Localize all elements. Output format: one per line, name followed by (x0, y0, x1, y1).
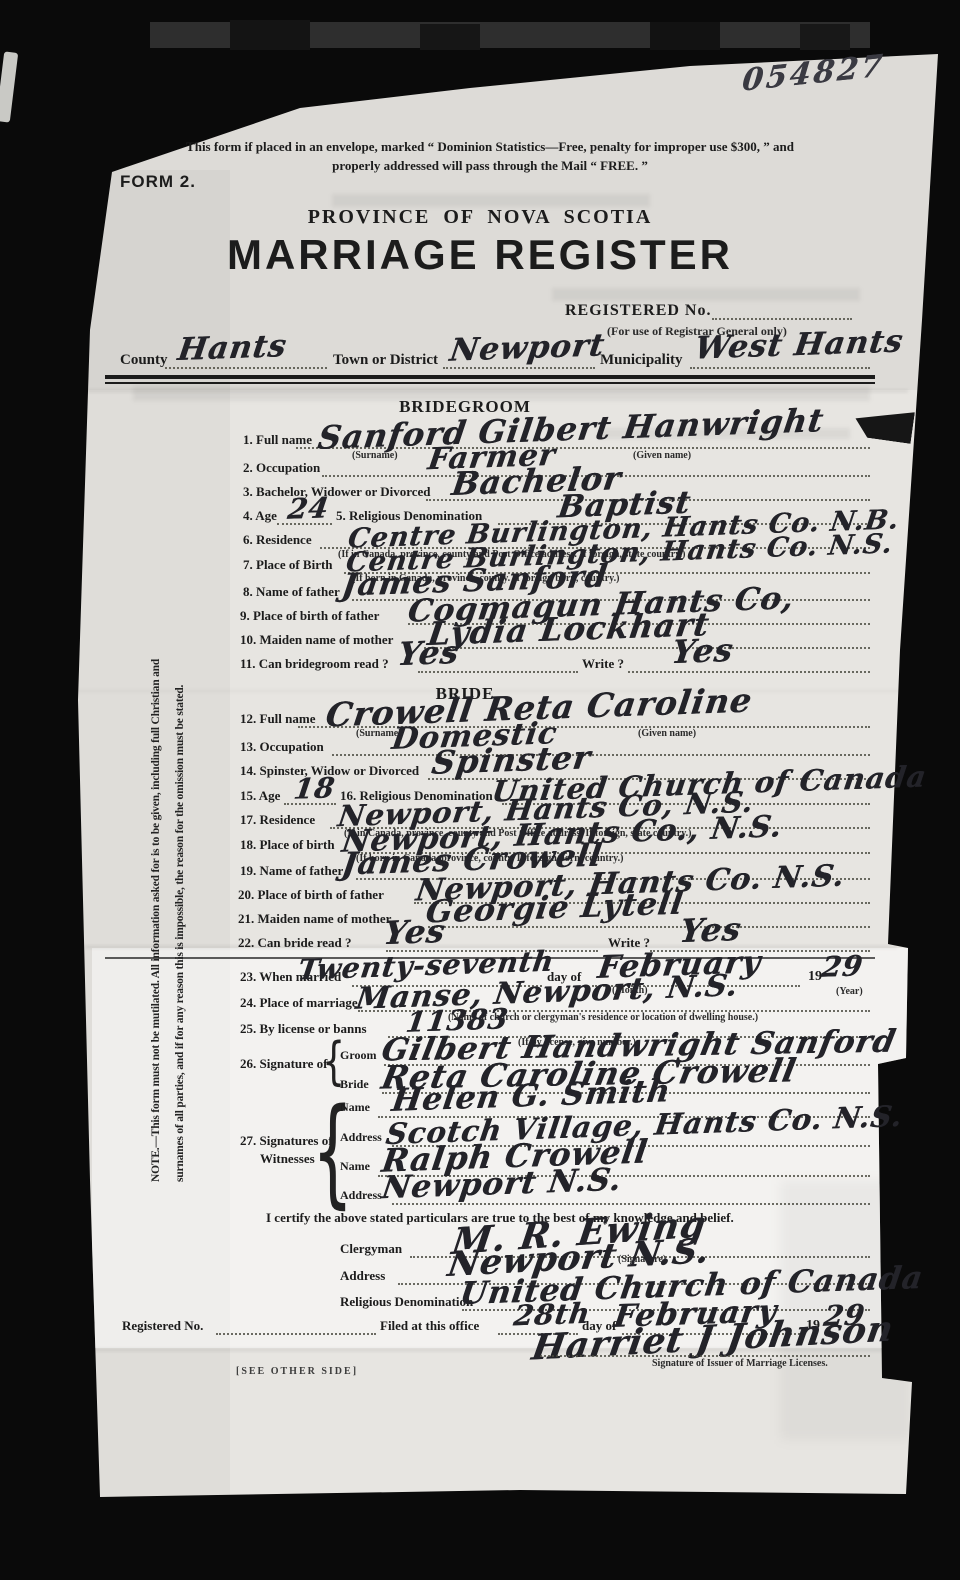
bg-status-label: 3. Bachelor, Widower or Divorced (243, 484, 431, 500)
br-age-label: 15. Age (240, 788, 280, 804)
bg-occupation-label: 2. Occupation (243, 460, 320, 476)
witnesses-label-2: Witnesses (260, 1151, 315, 1167)
registered-no-label: REGISTERED No. (565, 302, 711, 320)
cert-religion-label: Religious Denomination (340, 1294, 473, 1310)
bg-read-label: 11. Can bridegroom read ? (240, 656, 389, 672)
town-label: Town or District (333, 352, 438, 369)
br-read-label: 22. Can bride read ? (238, 935, 352, 951)
bg-given-hint: (Given name) (633, 450, 691, 461)
signature-of-label: 26. Signature of (240, 1056, 328, 1072)
cert-registered-no-label: Registered No. (122, 1318, 203, 1334)
municipality-value: West Hants (693, 323, 906, 366)
br-father-birthplace-label: 20. Place of birth of father (238, 887, 384, 903)
dotted-line (165, 367, 327, 369)
br-mother-value: Georgie Lytell (424, 885, 686, 930)
dotted-line (443, 367, 595, 369)
side-note-line1: NOTE.—This form must not be mutilated. A… (150, 659, 162, 1182)
pen-mark (853, 404, 915, 444)
witness2-name-label: Name (340, 1159, 370, 1174)
br-father-label: 19. Name of father (240, 863, 343, 879)
bg-age-label: 4. Age (243, 508, 277, 524)
when-married-year: 29 (820, 949, 866, 984)
scan-number: 054827 (741, 48, 887, 99)
br-mother-label: 21. Maiden name of mother (238, 911, 391, 927)
see-other-side: [SEE OTHER SIDE] (236, 1366, 358, 1377)
mail-notice-line1: This form if placed in an envelope, mark… (140, 139, 840, 155)
double-rule-bottom (105, 382, 875, 384)
dotted-line (712, 318, 852, 320)
form-number-label: FORM 2. (120, 172, 196, 192)
clergyman-address-label: Address (340, 1268, 385, 1284)
clergyman-label: Clergyman (340, 1241, 402, 1257)
filed-label: Filed at this office (380, 1318, 479, 1334)
witness2-address-value: Newport N.S. (380, 1162, 625, 1207)
bg-write-value: Yes (669, 631, 736, 671)
dotted-line (216, 1333, 376, 1335)
place-of-marriage-label: 24. Place of marriage (240, 995, 358, 1011)
bg-mother-label: 10. Maiden name of mother (240, 632, 393, 648)
scanned-marriage-register: 054827 This form if placed in an envelop… (0, 0, 960, 1580)
witness2-address-label: Address (340, 1188, 382, 1203)
bg-write-label: Write ? (582, 656, 624, 672)
br-birthplace-label: 18. Place of birth (240, 837, 335, 853)
dotted-line (690, 367, 870, 369)
bg-father-label: 8. Name of father (243, 584, 340, 600)
br-occupation-label: 13. Occupation (240, 739, 324, 755)
bg-father-birthplace-label: 9. Place of birth of father (240, 608, 379, 624)
municipality-label: Municipality (600, 352, 683, 369)
bg-full-name-label: 1. Full name (243, 432, 312, 448)
county-value: Hants (175, 328, 289, 368)
dotted-line (540, 1355, 870, 1357)
witness1-address-label: Address (340, 1130, 382, 1145)
license-label: 25. By license or banns (240, 1021, 367, 1037)
groom-label: Groom (340, 1048, 376, 1063)
mail-notice-line2: properly addressed will pass through the… (140, 158, 840, 174)
witness1-name-label: Name (340, 1100, 370, 1115)
br-read-value: Yes (381, 912, 448, 952)
main-title: MARRIAGE REGISTER (120, 231, 840, 279)
bg-read-value: Yes (395, 633, 462, 673)
double-rule-top (105, 375, 875, 379)
bg-surname-hint: (Surname) (352, 450, 398, 461)
br-age-value: 18 (292, 771, 338, 806)
bg-age-value: 24 (286, 491, 332, 526)
province-title: PROVINCE OF NOVA SCOTIA (180, 206, 780, 229)
bg-birthplace-label: 7. Place of Birth (243, 557, 333, 573)
br-residence-label: 17. Residence (240, 812, 315, 828)
br-full-name-label: 12. Full name (240, 711, 315, 727)
issuer-hint: Signature of Issuer of Marriage Licenses… (652, 1358, 828, 1369)
year-hint: (Year) (836, 986, 863, 997)
town-value: Newport (448, 327, 608, 369)
dotted-line (628, 671, 870, 673)
side-note-line2: surnames of all parties, and if for any … (174, 685, 186, 1182)
bg-residence-label: 6. Residence (243, 532, 312, 548)
br-given-hint: (Given name) (638, 728, 696, 739)
county-label: County (120, 352, 168, 369)
